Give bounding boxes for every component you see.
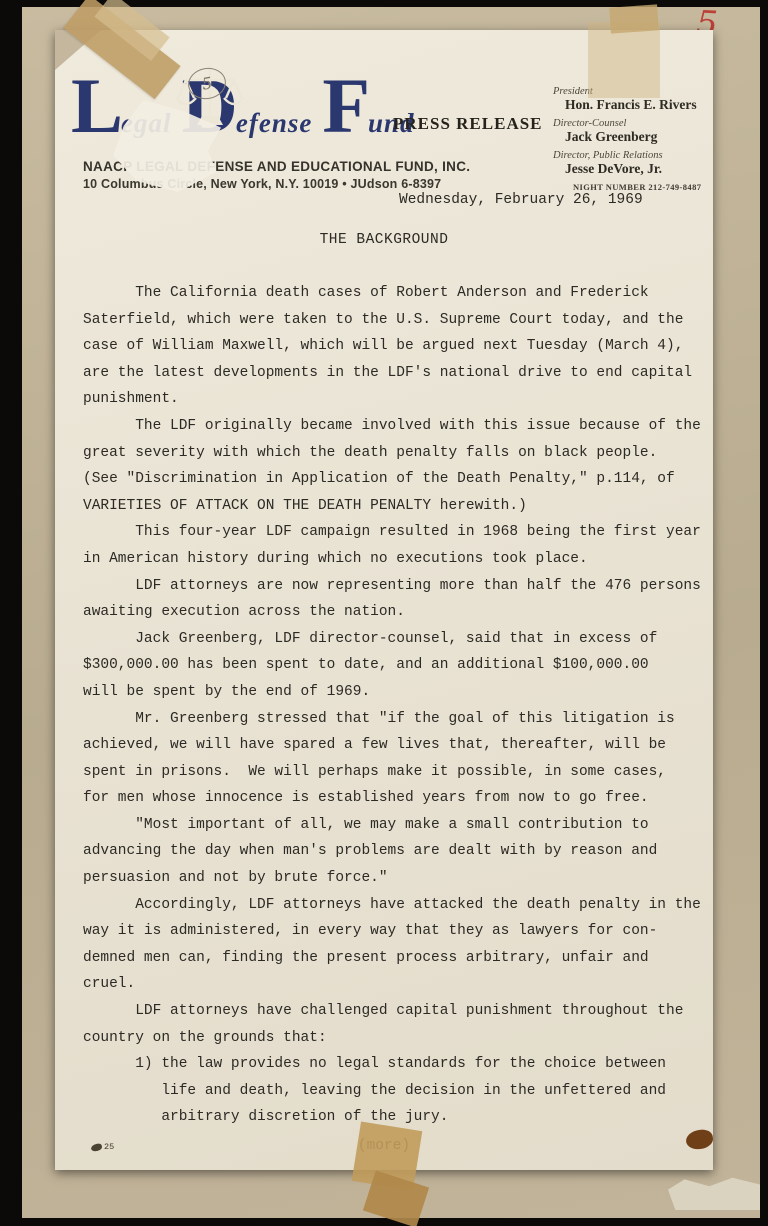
logo-letter-l: L [71, 78, 121, 134]
press-release-label: PRESS RELEASE [393, 114, 543, 134]
document-title: THE BACKGROUND [55, 232, 713, 248]
corner-mark-text: 25 [104, 1142, 114, 1152]
body-paragraph: LDF attorneys are now representing more … [83, 573, 701, 626]
ink-blot-icon [90, 1142, 102, 1151]
body-paragraph: The LDF originally became involved with … [83, 413, 701, 519]
body-paragraph: "Most important of all, we may make a sm… [83, 812, 701, 892]
officer-name: Jesse DeVore, Jr. [565, 161, 743, 177]
body-paragraph: LDF attorneys have challenged capital pu… [83, 998, 701, 1051]
officers-block: President Hon. Francis E. Rivers Directo… [553, 86, 743, 192]
night-number: NIGHT NUMBER 212-749-8487 [573, 182, 743, 192]
logo-letter-f: F [322, 78, 368, 134]
dateline: Wednesday, February 26, 1969 [399, 192, 643, 208]
document-body: The California death cases of Robert And… [83, 280, 701, 1131]
body-paragraph: 1) the law provides no legal standards f… [83, 1051, 701, 1131]
pencil-number-text: 5 [200, 73, 213, 93]
body-paragraph: Accordingly, LDF attorneys have attacked… [83, 892, 701, 998]
body-paragraph: Jack Greenberg, LDF director-counsel, sa… [83, 626, 701, 706]
officer-name: Jack Greenberg [565, 129, 743, 145]
tape-top-right-small [609, 4, 659, 33]
officer-title: Director-Counsel [553, 118, 743, 129]
corner-mark: 25 [91, 1142, 114, 1152]
body-paragraph: The California death cases of Robert And… [83, 280, 701, 413]
press-release-page: L egal D efense F und [55, 30, 713, 1170]
officer-title: Director, Public Relations [553, 150, 743, 161]
body-paragraph: Mr. Greenberg stressed that "if the goal… [83, 706, 701, 812]
tape-top-right [588, 22, 660, 98]
officer-name: Hon. Francis E. Rivers [565, 97, 743, 113]
logo-script-efense: efense [236, 108, 312, 139]
body-paragraph: This four-year LDF campaign resulted in … [83, 519, 701, 572]
